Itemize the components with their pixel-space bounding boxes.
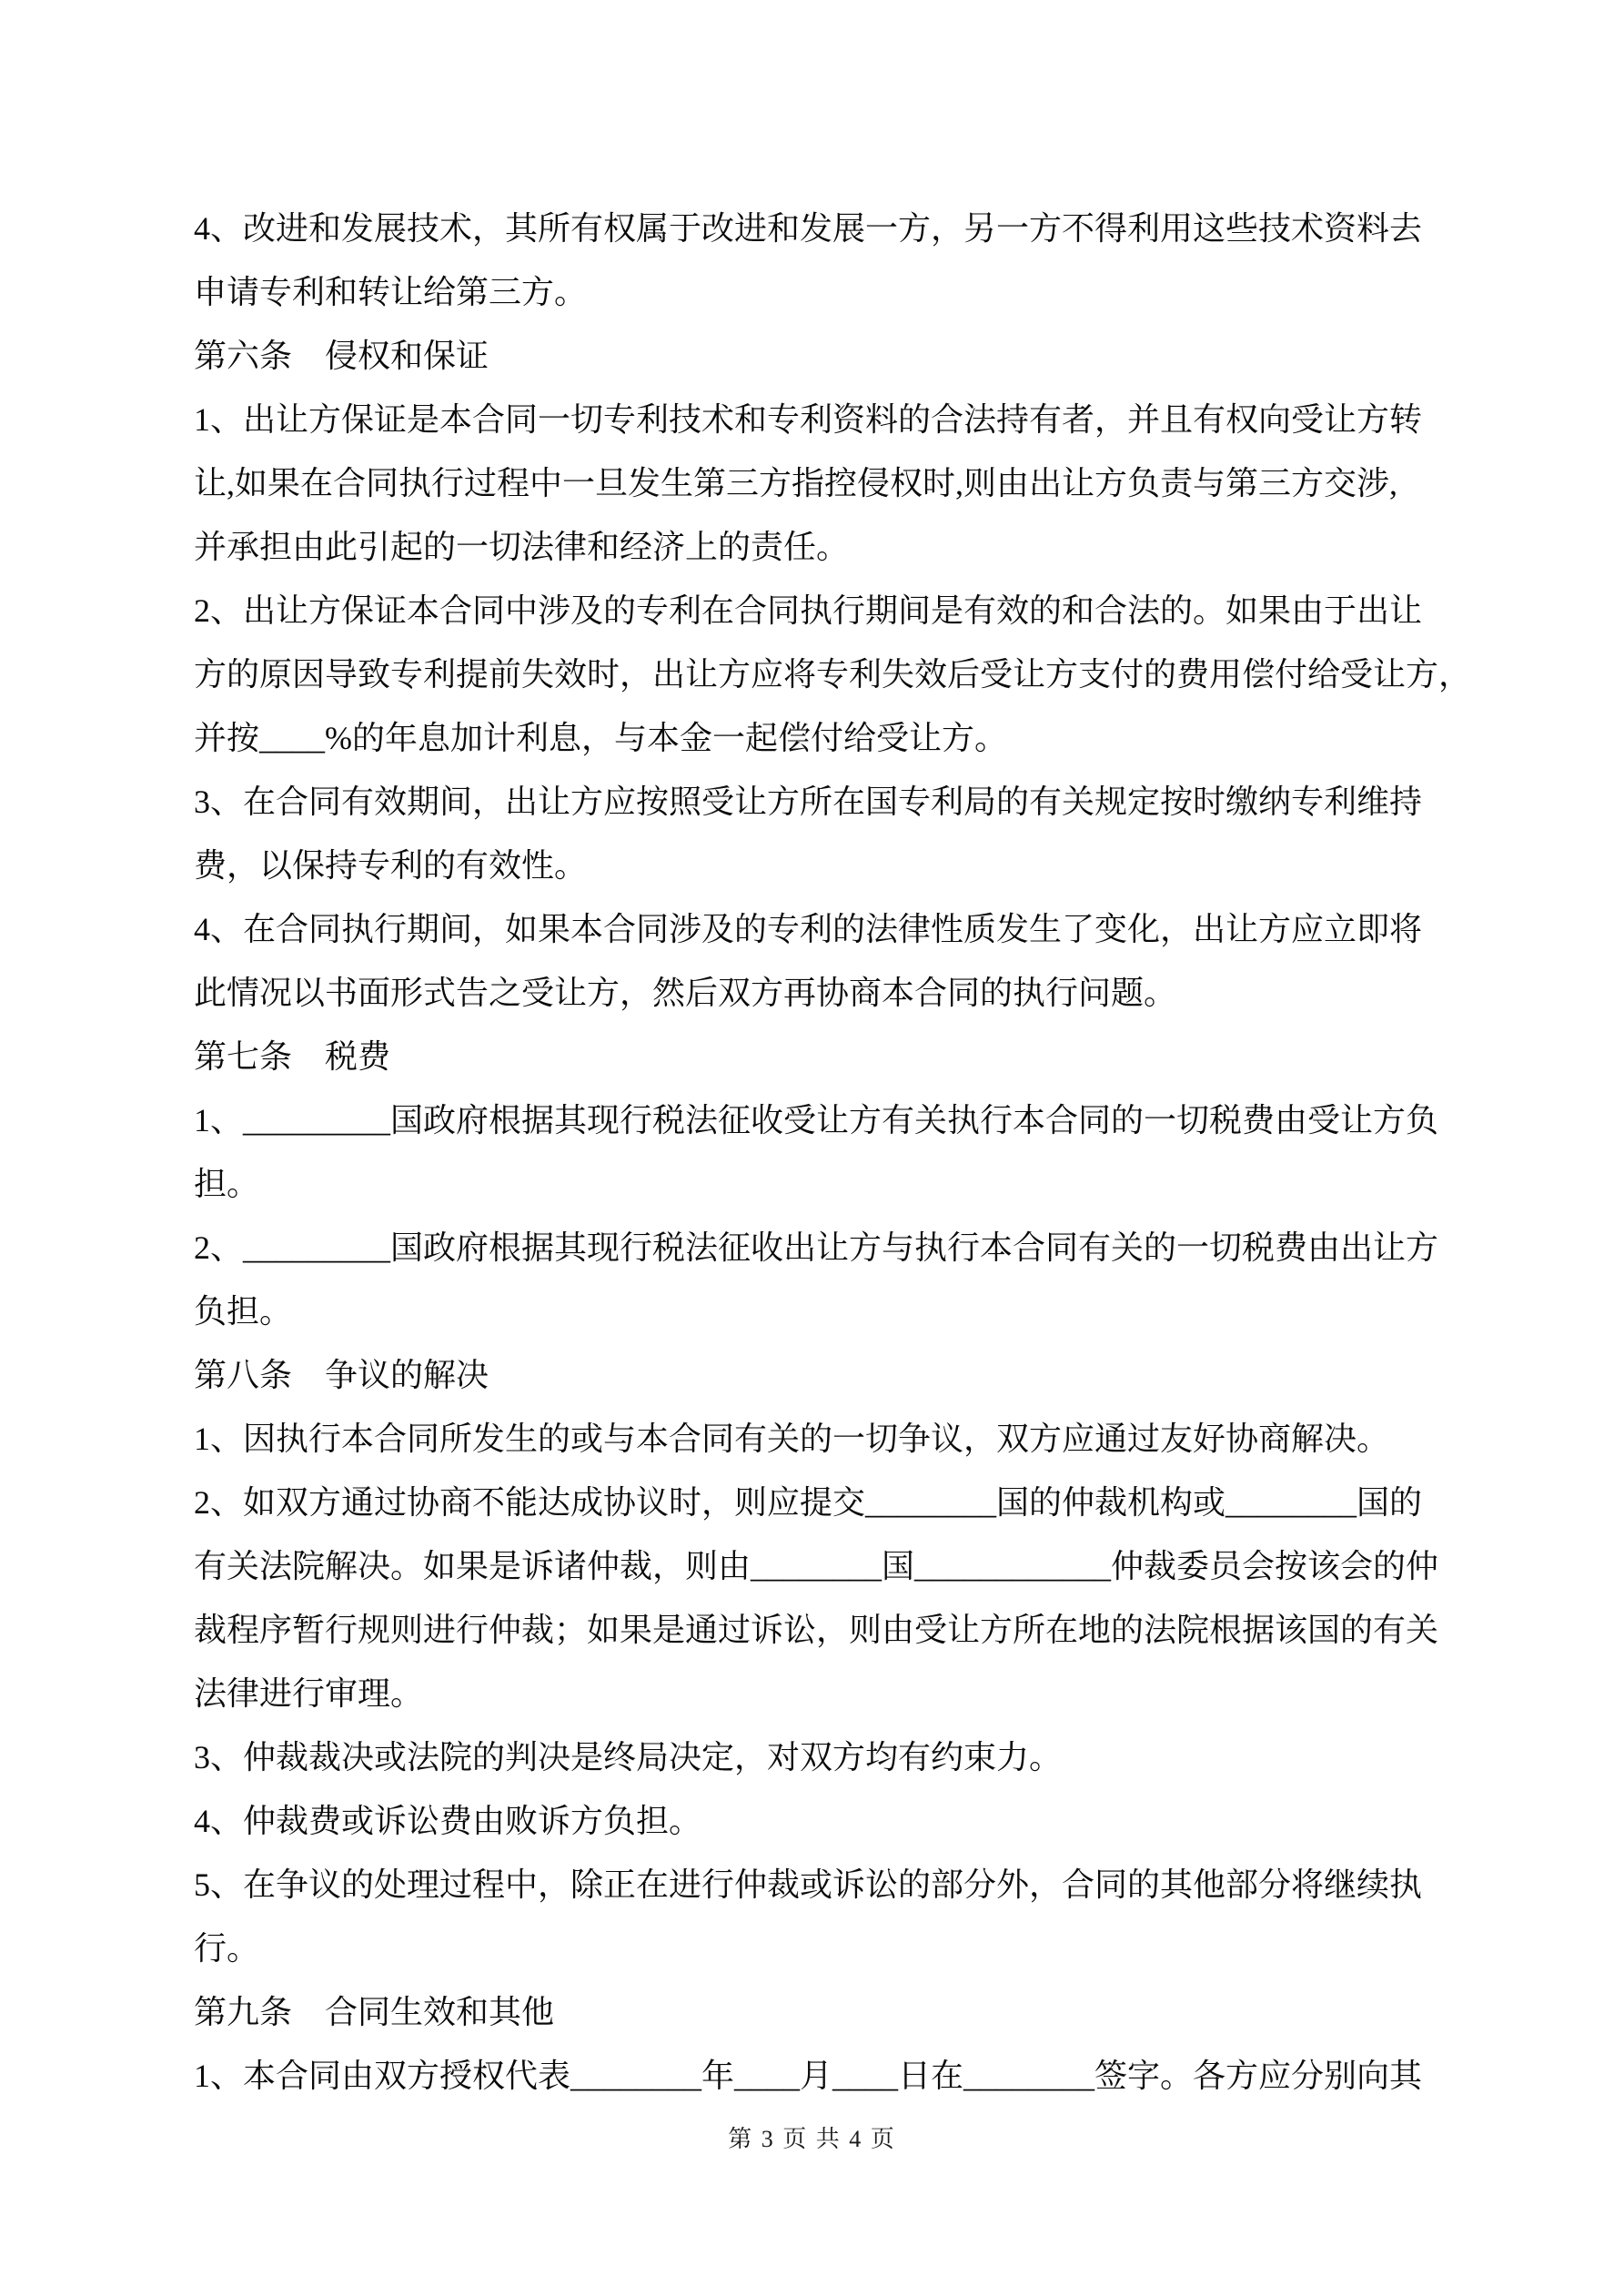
text-line: 申请专利和转让给第三方。 (194, 260, 1431, 324)
text-line: 1、出让方保证是本合同一切专利技术和专利资料的合法持有者，并且有权向受让方转 (194, 388, 1431, 451)
text-line: 5、在争议的处理过程中，除正在进行仲裁或诉讼的部分外，合同的其他部分将继续执 (194, 1853, 1431, 1917)
text-line: 3、在合同有效期间，出让方应按照受让方所在国专利局的有关规定按时缴纳专利维持 (194, 770, 1431, 834)
section-heading-8: 第八条 争议的解决 (194, 1343, 1431, 1407)
text-line: 1、本合同由双方授权代表________年____月____日在________… (194, 2044, 1431, 2108)
text-line: 并按____%的年息加计利息，与本金一起偿付给受让方。 (194, 706, 1431, 770)
text-line: 担。 (194, 1152, 1431, 1216)
text-line: 法律进行审理。 (194, 1662, 1431, 1725)
text-line: 并承担由此引起的一切法律和经济上的责任。 (194, 515, 1431, 579)
text-line: 让,如果在合同执行过程中一旦发生第三方指控侵权时,则由出让方负责与第三方交涉, (194, 451, 1431, 515)
text-line: 裁程序暂行规则进行仲裁；如果是通过诉讼，则由受让方所在地的法院根据该国的有关 (194, 1598, 1431, 1662)
section-heading-7: 第七条 税费 (194, 1025, 1431, 1088)
text-line: 负担。 (194, 1279, 1431, 1343)
contract-body: 4、改进和发展技术，其所有权属于改进和发展一方，另一方不得利用这些技术资料去 申… (194, 197, 1431, 2108)
text-line: 4、改进和发展技术，其所有权属于改进和发展一方，另一方不得利用这些技术资料去 (194, 197, 1431, 260)
text-line: 方的原因导致专利提前失效时，出让方应将专利失效后受让方支付的费用偿付给受让方， (194, 642, 1431, 706)
text-line: 1、_________国政府根据其现行税法征收受让方有关执行本合同的一切税费由受… (194, 1088, 1431, 1152)
section-heading-6: 第六条 侵权和保证 (194, 324, 1431, 388)
text-line: 3、仲裁裁决或法院的判决是终局决定，对双方均有约束力。 (194, 1725, 1431, 1789)
section-heading-9: 第九条 合同生效和其他 (194, 1980, 1431, 2044)
text-line: 4、在合同执行期间，如果本合同涉及的专利的法律性质发生了变化，出让方应立即将 (194, 897, 1431, 961)
text-line: 此情况以书面形式告之受让方，然后双方再协商本合同的执行问题。 (194, 961, 1431, 1025)
text-line: 行。 (194, 1917, 1431, 1980)
text-line: 1、因执行本合同所发生的或与本合同有关的一切争议，双方应通过友好协商解决。 (194, 1407, 1431, 1471)
text-line: 费，以保持专利的有效性。 (194, 834, 1431, 897)
text-line: 2、_________国政府根据其现行税法征收出让方与执行本合同有关的一切税费由… (194, 1216, 1431, 1279)
text-line: 有关法院解决。如果是诉诸仲裁，则由________国____________仲裁… (194, 1534, 1431, 1598)
text-line: 2、出让方保证本合同中涉及的专利在合同执行期间是有效的和合法的。如果由于出让 (194, 579, 1431, 642)
contract-page: 4、改进和发展技术，其所有权属于改进和发展一方，另一方不得利用这些技术资料去 申… (0, 0, 1624, 2296)
text-line: 2、如双方通过协商不能达成协议时，则应提交________国的仲裁机构或____… (194, 1471, 1431, 1534)
page-footer: 第 3 页 共 4 页 (0, 2126, 1624, 2153)
text-line: 4、仲裁费或诉讼费由败诉方负担。 (194, 1789, 1431, 1853)
